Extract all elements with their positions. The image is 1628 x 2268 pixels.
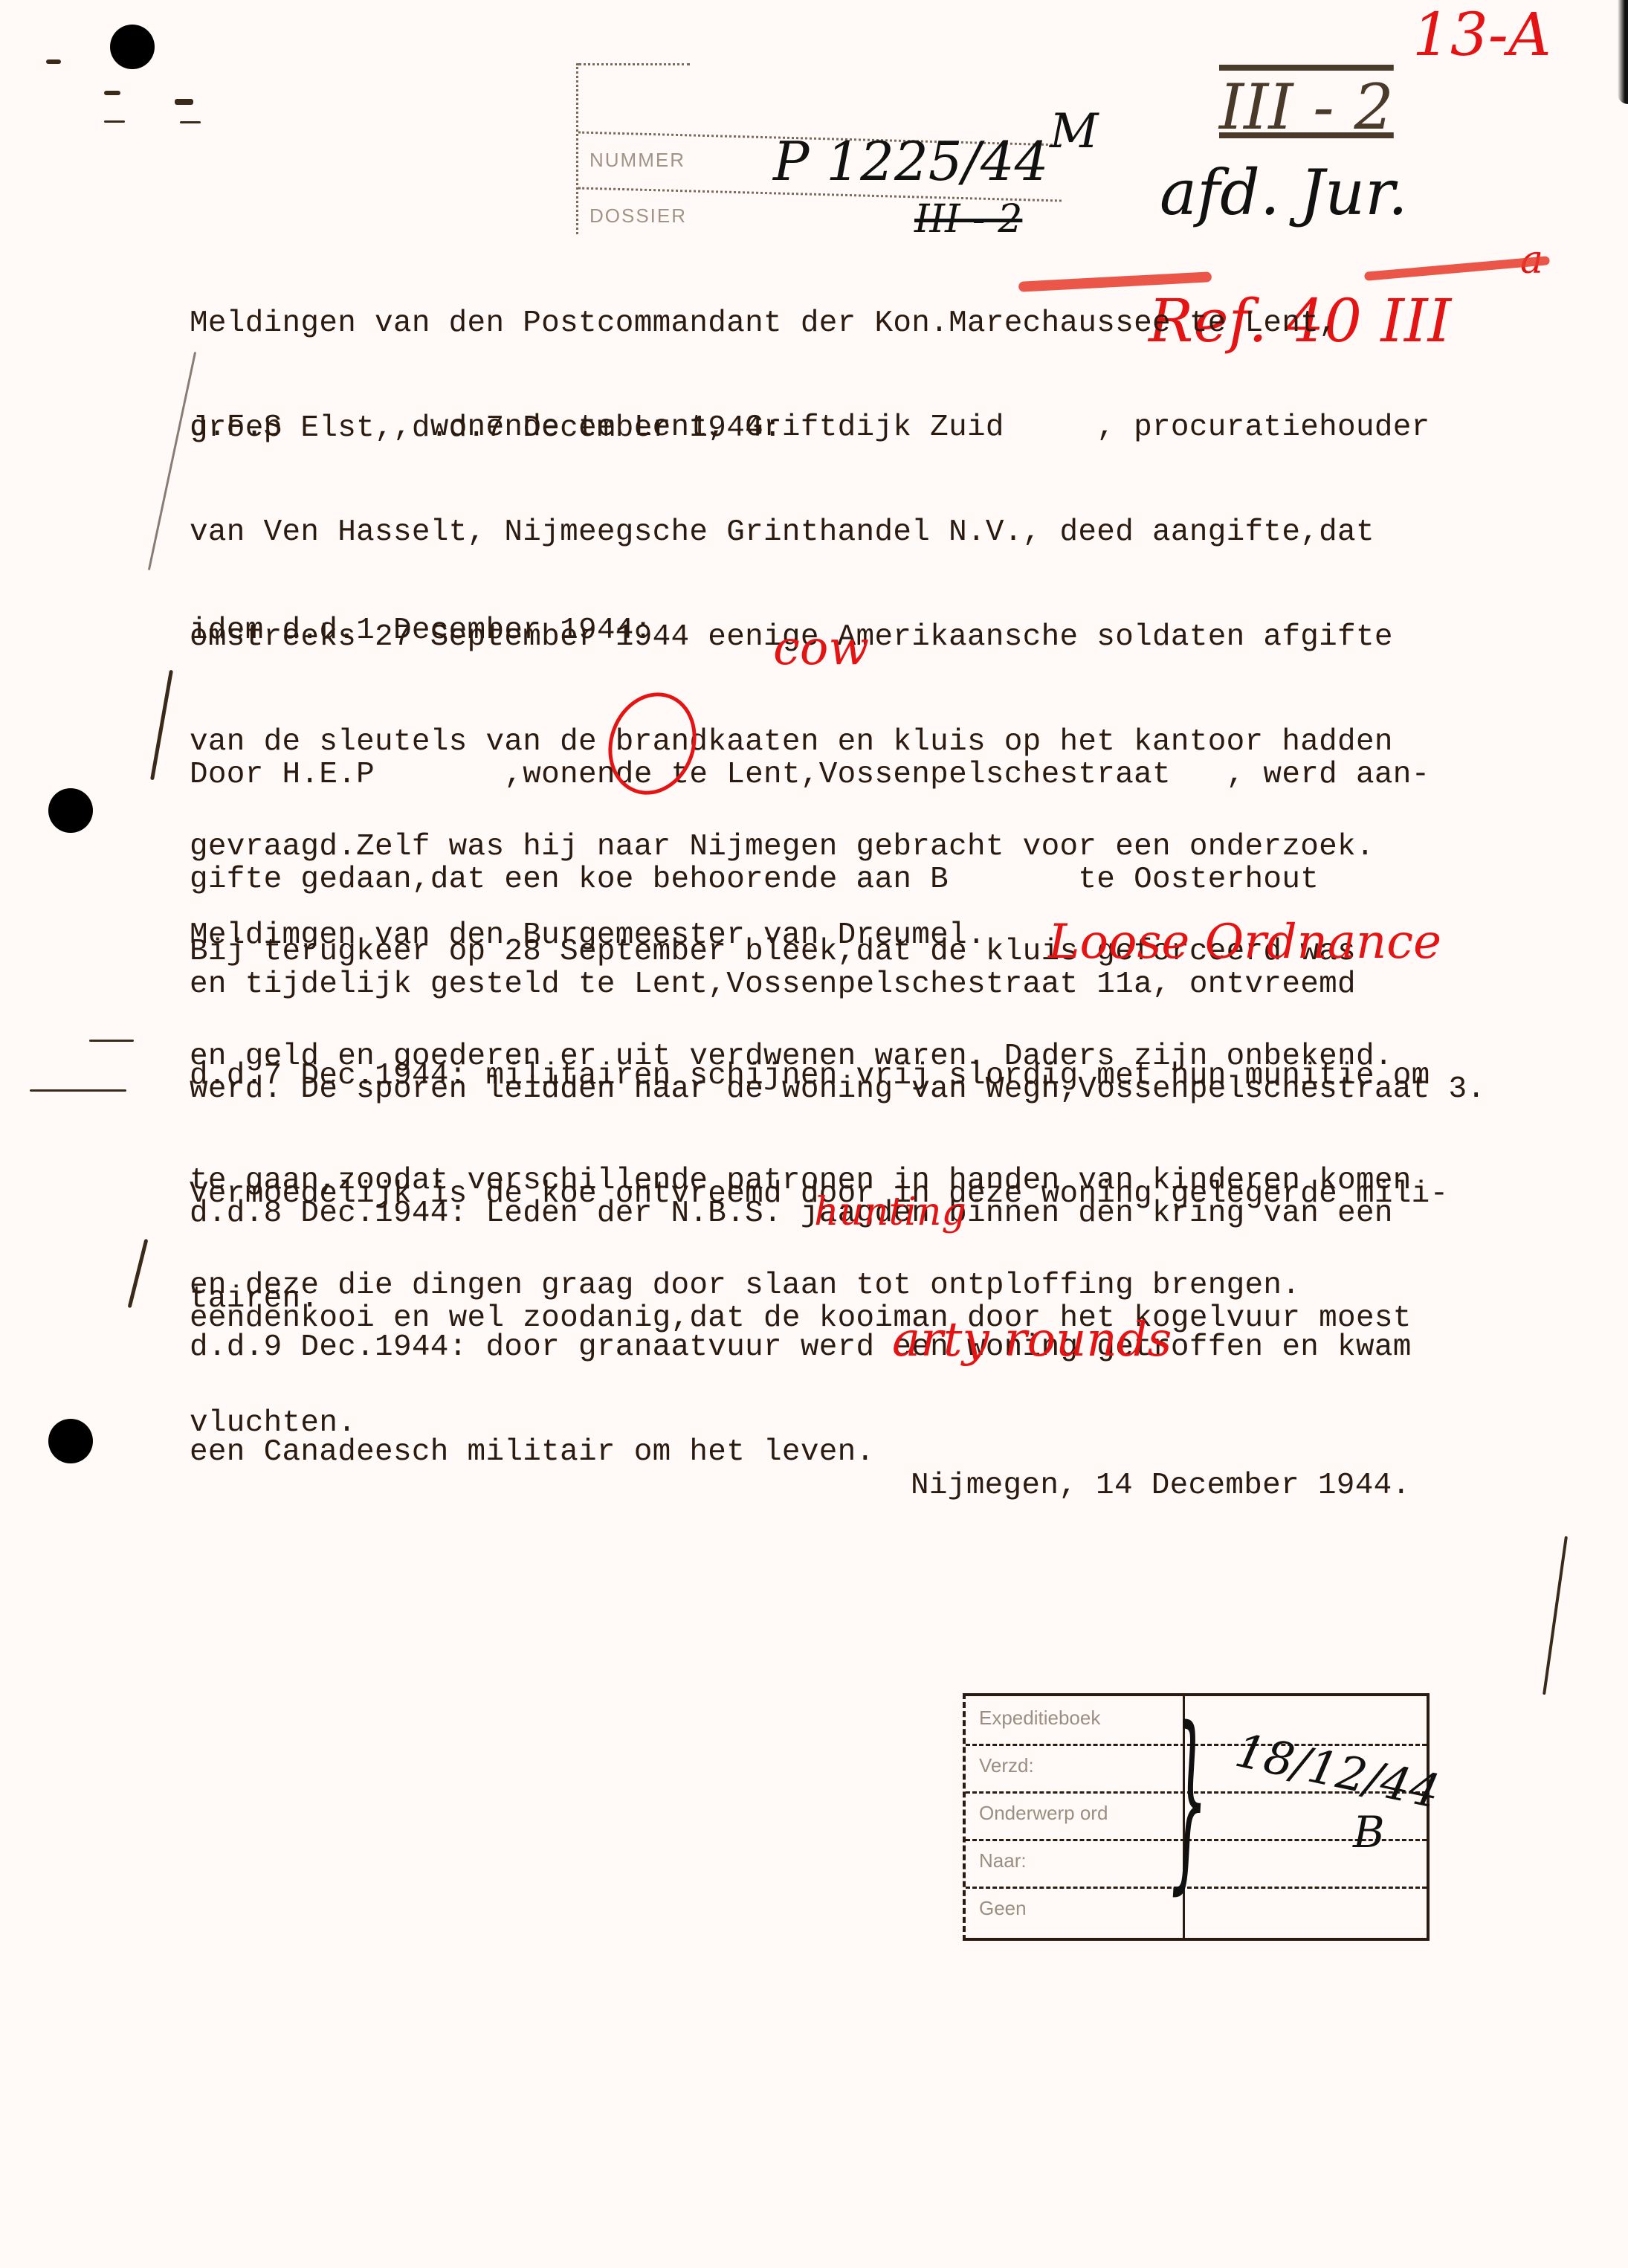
margin-mark-report5 xyxy=(128,1239,149,1308)
stamp-box-initials: B xyxy=(1353,1807,1385,1858)
report-2-line: gifte gedaan,dat een koe behoorende aan … xyxy=(190,863,1485,898)
punch-hole-middle xyxy=(48,788,93,833)
stamp-dossier-value: III - 2 xyxy=(914,197,1022,242)
stamp-row-label: Verzd: xyxy=(979,1754,1034,1777)
annotation-hunting: hunting xyxy=(814,1190,966,1234)
annotation-loose-ordnance: Loose Ordnance xyxy=(1048,915,1441,970)
stamp-brace: } xyxy=(1171,1703,1208,1896)
speck xyxy=(180,121,201,123)
annotation-cow: cow xyxy=(773,621,869,676)
report-1-line: J.F.S , wonende te Lent, Griftdijk Zuid … xyxy=(190,410,1430,445)
stamp-initials: M xyxy=(1050,104,1099,159)
punch-hole-bottom xyxy=(48,1419,93,1463)
stamp-row-label: Naar: xyxy=(979,1849,1027,1872)
annotation-13a: 13-A xyxy=(1412,0,1551,69)
stamp-dossier-label: DOSSIER xyxy=(589,204,687,228)
annotation-arty-rounds: arty rounds xyxy=(892,1312,1172,1367)
scan-edge-shadow xyxy=(1618,0,1628,104)
report-3-line: d.d.7 Dec.1944: militairen schijnen vrij… xyxy=(190,1059,1430,1094)
punch-hole-top xyxy=(110,25,155,69)
signature: afd. Jur. xyxy=(1160,156,1408,229)
speck xyxy=(104,120,125,123)
margin-curve-right xyxy=(1543,1536,1568,1695)
stamp-number-value: P 1225/44 xyxy=(773,130,1048,193)
margin-dash xyxy=(30,1089,126,1092)
stamp-row-label: Geen xyxy=(979,1897,1027,1920)
stamp-row-label: Onderwerp ord xyxy=(979,1802,1108,1825)
speck xyxy=(175,99,193,105)
place-date: Nijmegen, 14 December 1944. xyxy=(911,1469,1410,1504)
stamp-line xyxy=(578,63,690,65)
speck xyxy=(104,91,120,95)
margin-mark-report2 xyxy=(150,670,173,781)
report-2-line: Door H.E.P ,wonende te Lent,Vossenpelsch… xyxy=(190,758,1485,793)
report-5-line: een Canadeesch militair om het leven. xyxy=(190,1435,1412,1470)
report-4-line: d.d.8 Dec.1944: Leden der N.B.S. jaagden… xyxy=(190,1196,1412,1231)
idem-heading: idem d.d.1 December 1944: xyxy=(190,613,653,648)
stamp-row-label: Expeditieboek xyxy=(979,1707,1100,1730)
heading-line: Meldingen van den Postcommandant der Kon… xyxy=(190,306,1337,341)
annotation-code-iii2: III - 2 xyxy=(1219,71,1394,144)
speck xyxy=(46,59,61,64)
burgemeester-heading: Meldimgen van den Burgemeester van Dreum… xyxy=(190,918,986,953)
report-5-line: d.d.9 Dec.1944: door granaatvuur werd ee… xyxy=(190,1330,1412,1365)
report-1-line: van Ven Hasselt, Nijmeegsche Grinthandel… xyxy=(190,515,1430,550)
stamp-number-label: NUMMER xyxy=(589,149,685,172)
margin-dash xyxy=(89,1040,134,1042)
